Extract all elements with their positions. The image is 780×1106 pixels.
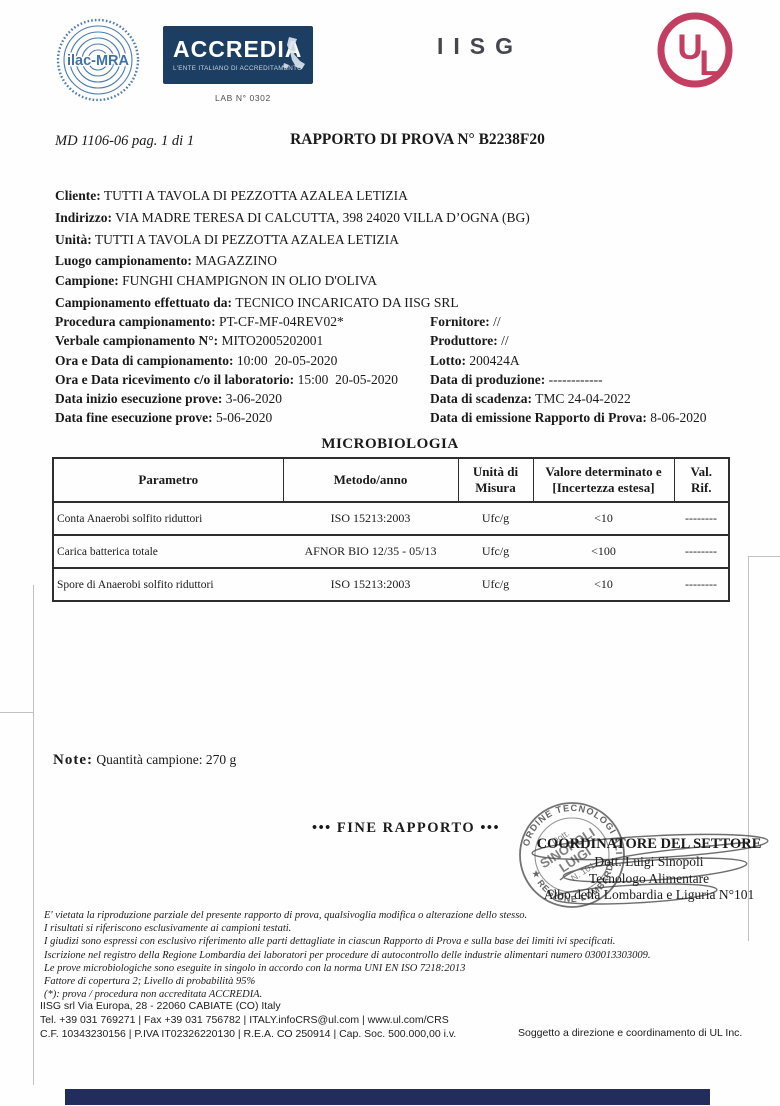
sampling-details-left: Procedura campionamento: PT-CF-MF-04REV0… (55, 312, 398, 428)
cell-metodo: AFNOR BIO 12/35 - 05/13 (283, 535, 458, 568)
company-address: IISG srl Via Europa, 28 - 22060 CABIATE … (40, 999, 456, 1013)
sampling-by-block: Campionamento effettuato da: TECNICO INC… (55, 293, 459, 313)
accredia-lab-number: LAB N° 0302 (215, 93, 271, 103)
scan-artifact-line (33, 585, 34, 1085)
cell-parametro: Spore di Anaerobi solfito riduttori (53, 568, 283, 601)
cell-parametro: Conta Anaerobi solfito riduttori (53, 502, 283, 535)
info-line: Campionamento effettuato da: TECNICO INC… (55, 293, 459, 313)
cell-val-rif: -------- (674, 535, 729, 568)
col-header-unita: Unità di Misura (458, 458, 533, 502)
ilac-mra-label: ilac-MRA (67, 53, 130, 69)
col-header-val-rif: Val. Rif. (674, 458, 729, 502)
table-row: Conta Anaerobi solfito riduttori ISO 152… (53, 502, 729, 535)
info-line: Data inizio esecuzione prove: 3-06-2020 (55, 389, 398, 408)
signer-register: Albo della Lombardia e Liguria N°101 (520, 887, 778, 904)
cell-unita: Ufc/g (458, 502, 533, 535)
ul-letter-l: L (699, 44, 720, 83)
footnote-line: Fattore di copertura 2; Livello di proba… (44, 975, 651, 988)
accredia-logo: ACCREDIA L'ENTE ITALIANO DI ACCREDITAMEN… (163, 26, 313, 84)
cell-metodo: ISO 15213:2003 (283, 502, 458, 535)
col-header-metodo: Metodo/anno (283, 458, 458, 502)
info-line: Produttore: // (430, 331, 707, 350)
note-value: Quantità campione: 270 g (96, 752, 236, 767)
cell-val-rif: -------- (674, 502, 729, 535)
note-label: Note: (53, 752, 93, 768)
italy-map-icon (281, 36, 307, 72)
report-page: ilac-MRA ACCREDIA L'ENTE ITALIANO DI ACC… (0, 0, 780, 1106)
table-row: Spore di Anaerobi solfito riduttori ISO … (53, 568, 729, 601)
report-title: RAPPORTO DI PROVA N° B2238F20 (55, 131, 780, 149)
footnote-line: Iscrizione nel registro della Regione Lo… (44, 949, 651, 962)
footnote-line: I giudizi sono espressi con esclusivo ri… (44, 935, 651, 948)
info-line: Data fine esecuzione prove: 5-06-2020 (55, 408, 398, 427)
ul-logo: U L (653, 8, 737, 92)
scan-artifact-line (0, 712, 33, 713)
info-line: Campione: FUNGHI CHAMPIGNON IN OLIO D'OL… (55, 271, 377, 291)
info-line: Ora e Data di campionamento: 10:00 20-05… (55, 351, 398, 370)
scan-artifact-line (748, 556, 780, 557)
cell-val-rif: -------- (674, 568, 729, 601)
info-line: Lotto: 200424A (430, 351, 707, 370)
signature-block: COORDINATORE DEL SETTORE Dott. Luigi Sin… (520, 835, 778, 904)
ul-coordination-note: Soggetto a direzione e coordinamento di … (518, 1027, 742, 1039)
footnote-line: I risultati si riferiscono esclusivament… (44, 922, 651, 935)
cell-valore: <10 (533, 568, 674, 601)
iisg-logo: IISG (437, 33, 523, 60)
table-row: Carica batterica totale AFNOR BIO 12/35 … (53, 535, 729, 568)
cell-unita: Ufc/g (458, 568, 533, 601)
info-line: Data di scadenza: TMC 24-04-2022 (430, 389, 707, 408)
info-line: Verbale campionamento N°: MITO2005202001 (55, 331, 398, 350)
company-contacts: Tel. +39 031 769271 | Fax +39 031 756782… (40, 1013, 456, 1027)
cell-metodo: ISO 15213:2003 (283, 568, 458, 601)
ilac-mra-logo: ilac-MRA (50, 12, 146, 108)
company-fiscal: C.F. 10343230156 | P.IVA IT02326220130 |… (40, 1027, 456, 1041)
product-details-right: Fornitore: // Produttore: // Lotto: 2004… (430, 312, 707, 428)
end-of-report-marker: ••• FINE RAPPORTO ••• (312, 820, 500, 837)
company-info: IISG srl Via Europa, 28 - 22060 CABIATE … (40, 999, 456, 1041)
results-table: Parametro Metodo/anno Unità di Misura Va… (52, 457, 730, 602)
cell-parametro: Carica batterica totale (53, 535, 283, 568)
info-line: Cliente: TUTTI A TAVOLA DI PEZZOTTA AZAL… (55, 185, 530, 207)
info-line: Data di emissione Rapporto di Prova: 8-0… (430, 408, 707, 427)
sample-info-block: Luogo campionamento: MAGAZZINO Campione:… (55, 251, 377, 290)
footer-bar (65, 1089, 710, 1105)
info-line: Indirizzo: VIA MADRE TERESA DI CALCUTTA,… (55, 207, 530, 229)
signer-title: COORDINATORE DEL SETTORE (520, 835, 778, 854)
col-header-parametro: Parametro (53, 458, 283, 502)
info-line: Luogo campionamento: MAGAZZINO (55, 251, 377, 271)
cell-valore: <10 (533, 502, 674, 535)
info-line: Data di produzione: ------------ (430, 370, 707, 389)
info-line: Fornitore: // (430, 312, 707, 331)
info-line: Unità: TUTTI A TAVOLA DI PEZZOTTA AZALEA… (55, 229, 530, 251)
signer-role: Tecnologo Alimentare (520, 871, 778, 888)
cell-valore: <100 (533, 535, 674, 568)
section-title-microbiologia: MICROBIOLOGIA (0, 436, 780, 453)
cell-unita: Ufc/g (458, 535, 533, 568)
signer-name: Dott. Luigi Sinopoli (520, 854, 778, 871)
col-header-valore: Valore determinato e [Incertezza estesa] (533, 458, 674, 502)
info-line: Ora e Data ricevimento c/o il laboratori… (55, 370, 398, 389)
table-header-row: Parametro Metodo/anno Unità di Misura Va… (53, 458, 729, 502)
footnote-line: Le prove microbiologiche sono eseguite i… (44, 962, 651, 975)
info-line: Procedura campionamento: PT-CF-MF-04REV0… (55, 312, 398, 331)
client-info-block: Cliente: TUTTI A TAVOLA DI PEZZOTTA AZAL… (55, 185, 530, 251)
note-line: Note: Quantità campione: 270 g (53, 752, 236, 769)
